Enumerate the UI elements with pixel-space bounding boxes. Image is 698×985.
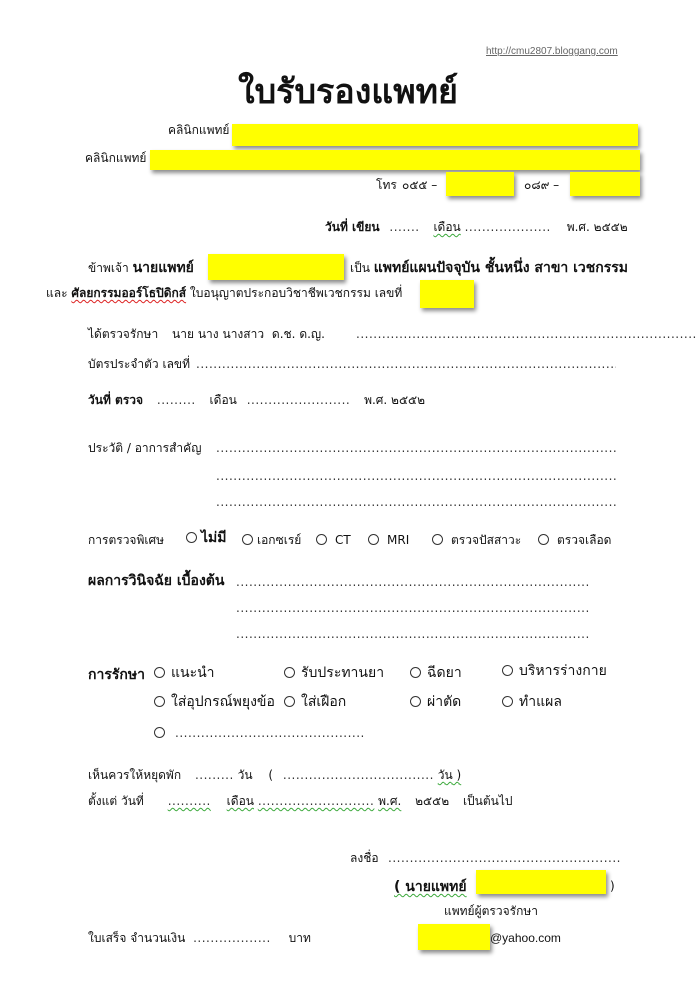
radio-icon[interactable] <box>502 665 513 676</box>
title-girl: ด.ญ. <box>299 327 325 341</box>
exam-month-field[interactable]: ........................ <box>247 393 351 407</box>
redacted-clinic-address-1 <box>232 124 638 146</box>
treatment-option-injection[interactable]: ฉีดยา <box>410 665 462 681</box>
receipt-label: ใบเสร็จ จำนวนเงิน <box>88 931 185 945</box>
title-boy: ด.ช. <box>272 327 296 341</box>
open-paren: ( <box>268 768 273 782</box>
email-domain: @yahoo.com <box>490 930 561 946</box>
title-mr: นาย <box>172 327 194 341</box>
treatment-option-advice[interactable]: แนะนำ <box>154 665 215 681</box>
receipt-amount-field[interactable]: .................. <box>193 931 271 945</box>
exam-day-field[interactable]: ......... <box>157 393 196 407</box>
diagnosis-line-2[interactable]: ........................................… <box>236 600 616 616</box>
rest-days-words-field[interactable]: ................................... <box>283 768 434 782</box>
receipt-currency: บาท <box>289 931 311 945</box>
exam-year-label: พ.ศ. ๒๕๕๒ <box>364 393 425 407</box>
doctor-qualification: แพทย์แผนปัจจุบัน ชั้นหนึ่ง สาขา เวชกรรม <box>374 260 628 276</box>
license-label: ใบอนุญาตประกอบวิชาชีพเวชกรรม เลขที่ <box>190 286 402 300</box>
rest-days-label: วัน <box>238 768 253 782</box>
onward-label: เป็นต้นไป <box>463 794 513 808</box>
history-label: ประวัติ / อาการสำคัญ <box>88 440 201 456</box>
history-line-3[interactable]: ........................................… <box>216 494 616 510</box>
radio-icon[interactable] <box>410 696 421 707</box>
signer-close-paren: ) <box>610 878 615 894</box>
redacted-doctor-name <box>208 254 344 280</box>
radio-icon[interactable] <box>368 534 379 545</box>
radio-icon[interactable] <box>316 534 327 545</box>
from-day-field[interactable]: .......... <box>168 794 211 808</box>
treatment-option-surgery[interactable]: ผ่าตัด <box>410 694 461 710</box>
written-month-label: เดือน <box>433 220 460 234</box>
treatment-option-brace[interactable]: ใส่อุปกรณ์พยุงข้อ <box>154 694 275 710</box>
sign-label: ลงชื่อ <box>350 850 379 866</box>
radio-icon[interactable] <box>154 727 165 738</box>
title-miss: นางสาว <box>222 327 264 341</box>
radio-icon[interactable] <box>502 696 513 707</box>
radio-icon[interactable] <box>154 667 165 678</box>
radio-icon[interactable] <box>538 534 549 545</box>
treatment-option-cast[interactable]: ใส่เฝือก <box>284 694 346 710</box>
special-exam-option-ct[interactable]: CT <box>316 532 351 548</box>
special-exam-option-xray[interactable]: เอกซเรย์ <box>242 532 301 548</box>
radio-icon[interactable] <box>432 534 443 545</box>
history-line-2[interactable]: ........................................… <box>216 468 616 484</box>
written-day-field[interactable]: ....... <box>389 220 419 234</box>
blog-url-link[interactable]: http://cmu2807.bloggang.com <box>486 46 618 57</box>
from-year-label: พ.ศ. <box>378 794 401 808</box>
radio-icon[interactable] <box>242 534 253 545</box>
history-line-1[interactable]: ........................................… <box>216 440 616 456</box>
redacted-clinic-address-2 <box>150 150 640 170</box>
doctor-title: นายแพทย์ <box>133 260 194 276</box>
and-label: และ <box>46 286 68 300</box>
written-year-label: พ.ศ. ๒๕๕๒ <box>567 220 628 234</box>
treatment-option-oral-medication[interactable]: รับประทานยา <box>284 665 384 681</box>
treatment-option-wound-care[interactable]: ทำแผล <box>502 694 562 710</box>
rest-label: เห็นควรให้หยุดพัก <box>88 768 181 782</box>
radio-icon[interactable] <box>154 696 165 707</box>
redacted-phone-2 <box>570 172 640 196</box>
special-exam-label: การตรวจพิเศษ <box>88 532 164 548</box>
exam-date-label: วันที่ ตรวจ <box>88 393 143 407</box>
document-title: ใบรับรองแพทย์ <box>238 64 458 118</box>
patient-name-field[interactable]: ........................................… <box>356 326 697 342</box>
id-card-field[interactable]: ........................................… <box>196 356 616 372</box>
doctor-specialty: ศัลยกรรมออร์โธปิดิกส์ <box>71 286 186 300</box>
diagnosis-line-1[interactable]: ........................................… <box>236 574 616 590</box>
diagnosis-line-3[interactable]: ........................................… <box>236 626 616 642</box>
clinic-label-1: คลินิกแพทย์ <box>168 122 229 138</box>
phone-prefix-1: ๐๕๕ – <box>402 177 437 193</box>
phone-label: โทร <box>376 177 397 193</box>
diagnosis-label: ผลการวินิจฉัย เบื้องต้น <box>88 570 224 592</box>
redacted-signer-name <box>476 870 606 894</box>
redacted-email-user <box>418 924 490 950</box>
rest-days-label-2: วัน ) <box>438 768 461 782</box>
is-label: เป็น <box>350 261 370 275</box>
from-year-value: ๒๕๕๒ <box>415 794 449 808</box>
from-month-label: เดือน <box>227 794 254 808</box>
from-date-label: ตั้งแต่ วันที่ <box>88 794 144 808</box>
written-date-label: วันที่ เขียน <box>325 220 380 234</box>
signer-title: ( นายแพทย์ <box>394 876 467 898</box>
statement-prefix: ข้าพเจ้า <box>88 261 129 275</box>
title-mrs: นาง <box>198 327 219 341</box>
phone-prefix-2: ๐๘๙ – <box>524 177 559 193</box>
signature-field[interactable]: ........................................… <box>388 850 620 866</box>
special-exam-option-mri[interactable]: MRI <box>368 532 409 548</box>
examined-label: ได้ตรวจรักษา <box>88 327 158 341</box>
redacted-phone-1 <box>446 172 514 196</box>
radio-icon[interactable] <box>410 667 421 678</box>
redacted-license-number <box>420 280 474 308</box>
treatment-option-exercise[interactable]: บริหารร่างกาย <box>502 663 607 679</box>
radio-icon[interactable] <box>284 696 295 707</box>
treatment-label: การรักษา <box>88 664 145 686</box>
clinic-label-2: คลินิกแพทย์ <box>85 150 146 166</box>
signer-role: แพทย์ผู้ตรวจรักษา <box>444 903 538 919</box>
exam-month-label: เดือน <box>210 393 237 407</box>
special-exam-option-urine[interactable]: ตรวจปัสสาวะ <box>432 532 521 548</box>
radio-icon[interactable] <box>284 667 295 678</box>
written-month-field[interactable]: .................... <box>465 220 551 234</box>
special-exam-option-blood[interactable]: ตรวจเลือด <box>538 532 611 548</box>
id-card-label: บัตรประจำตัว เลขที่ <box>88 356 190 372</box>
radio-icon[interactable] <box>186 532 197 543</box>
from-month-field[interactable]: ........................... <box>258 794 375 808</box>
special-exam-option-none[interactable]: ไม่มี <box>186 530 227 546</box>
rest-days-field[interactable]: ......... <box>195 768 234 782</box>
treatment-option-other[interactable]: ........................................… <box>154 725 365 741</box>
